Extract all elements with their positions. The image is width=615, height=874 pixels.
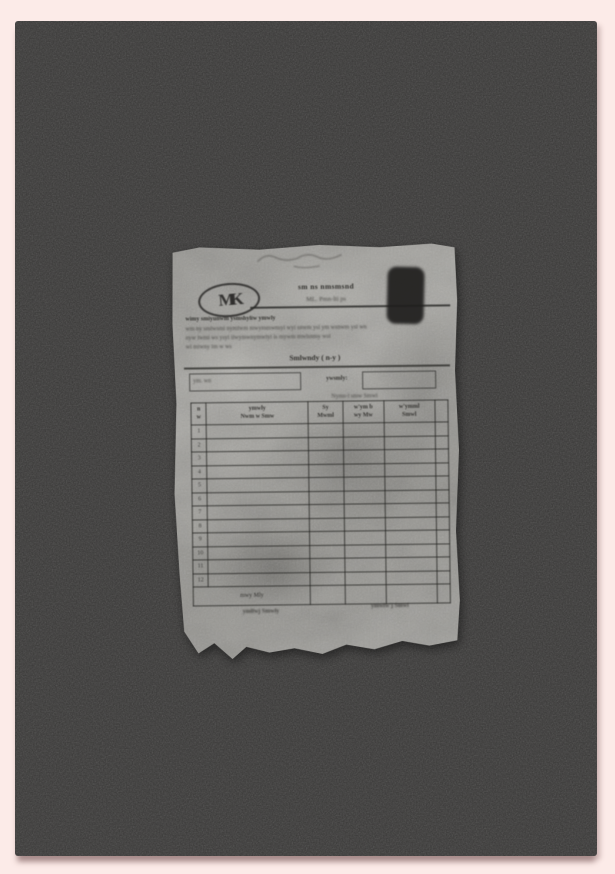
form-content: MK sm ns nmsmsnd ML. Pmn-lti ps wimy smi… bbox=[169, 240, 462, 659]
total-label: mwy Mly bbox=[193, 586, 310, 606]
col-description: ymwlyNwm w Smw bbox=[206, 402, 308, 425]
col-qty: SyMwml bbox=[308, 401, 343, 423]
name-field-text: ym. wn bbox=[193, 378, 211, 384]
col-rate: w'ym bwy Mw bbox=[343, 401, 384, 423]
form-fields-row: ym. wn ywsmly: bbox=[184, 368, 450, 393]
col-serial: nw bbox=[191, 403, 207, 425]
ink-stamp bbox=[386, 266, 424, 324]
col-extra bbox=[435, 400, 449, 422]
paper-document: MK sm ns nmsmsnd ML. Pmn-lti ps wimy smi… bbox=[169, 240, 462, 659]
signature-right: ymwlw'j Smwl bbox=[350, 603, 430, 610]
notice-line-4: wl miwny lm w ws bbox=[186, 343, 282, 350]
signature-left: ymllwj Smwly bbox=[218, 608, 304, 615]
dark-mat-background: MK sm ns nmsmsnd ML. Pmn-lti ps wimy smi… bbox=[15, 21, 597, 856]
table-header-row: nw ymwlyNwm w Smw SyMwml w'ym bwy Mw w'y… bbox=[191, 400, 448, 425]
paper-sheet: MK sm ns nmsmsnd ML. Pmn-lti ps wimy smi… bbox=[169, 240, 462, 659]
date-field-box bbox=[362, 371, 436, 390]
items-table: nw ymwlyNwm w Smw SyMwml w'ym bwy Mw w'y… bbox=[190, 399, 450, 606]
org-name-line1: sm ns nmsmsnd bbox=[262, 281, 390, 292]
date-field-label: ywsmly: bbox=[326, 376, 347, 382]
logo-monogram-text: MK bbox=[218, 289, 241, 311]
field-footnote: Nyms-l smw Smwl bbox=[331, 393, 415, 400]
col-amount: w'ymmlSmwl bbox=[384, 400, 435, 423]
name-field-box: ym. wn bbox=[189, 372, 301, 391]
photo-frame: MK sm ns nmsmsnd ML. Pmn-lti ps wimy smi… bbox=[0, 0, 615, 874]
